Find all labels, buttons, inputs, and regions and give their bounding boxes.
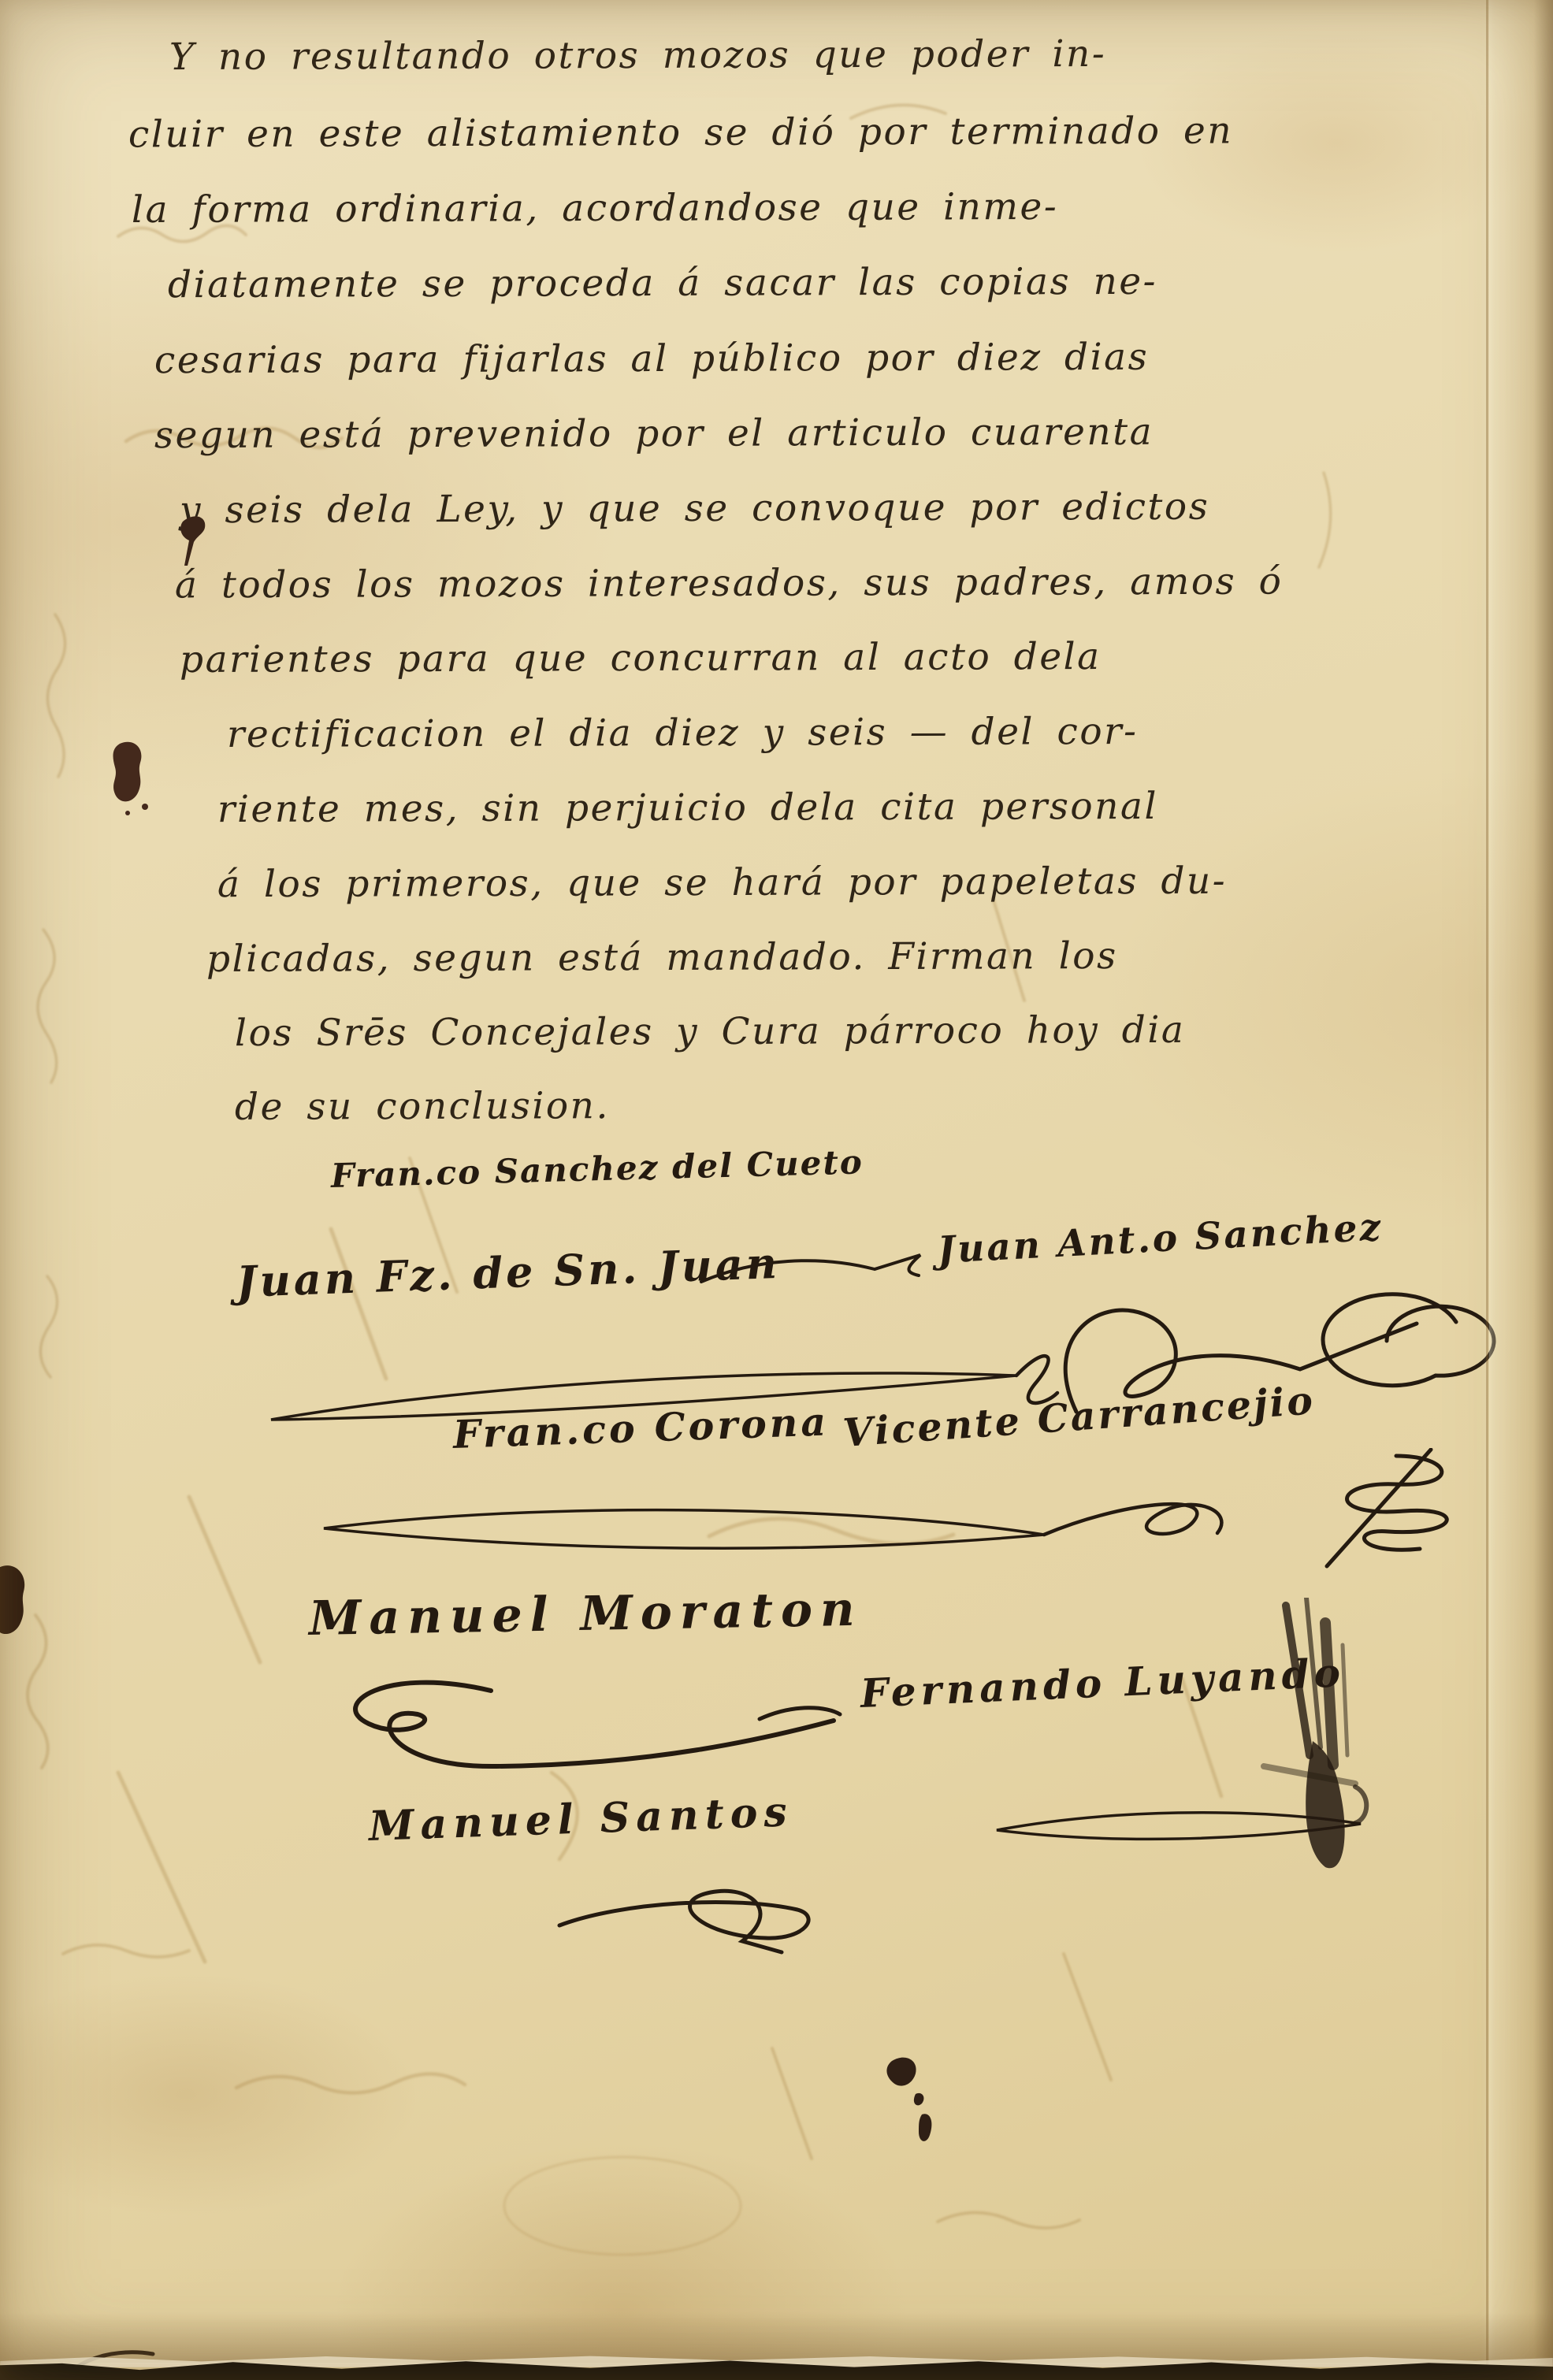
manuscript-line: los Srēs Concejales y Cura párroco hoy d… bbox=[235, 1008, 1186, 1057]
page-right-edge bbox=[1489, 0, 1553, 2380]
manuscript-line: cesarias para fijarlas al público por di… bbox=[154, 335, 1149, 384]
ink-blot bbox=[881, 2053, 944, 2160]
manuscript-line: de su conclusion. bbox=[235, 1083, 610, 1131]
ink-blot bbox=[175, 511, 211, 574]
manuscript-line: segun está prevenido por el articulo cua… bbox=[154, 410, 1154, 459]
signature-flourish bbox=[544, 1878, 835, 1965]
manuscript-line: riente mes, sin perjuicio dela cita pers… bbox=[217, 784, 1158, 834]
manuscript-line: y seis dela Ley, y que se convoque por e… bbox=[180, 485, 1210, 534]
manuscript-line: parientes para que concurran al acto del… bbox=[180, 634, 1102, 684]
signature-flourish bbox=[311, 1487, 1241, 1582]
signature-flourish bbox=[1276, 1448, 1489, 1570]
manuscript-line: rectificacion el dia diez y seis — del c… bbox=[227, 709, 1139, 759]
manuscript-line: plicadas, segun está mandado. Firman los bbox=[206, 934, 1118, 983]
page-bottom-shadow bbox=[0, 2312, 1553, 2363]
ink-blot bbox=[106, 737, 158, 816]
signature-crossing-stroke bbox=[693, 1241, 930, 1296]
ink-smudge bbox=[1237, 1598, 1403, 1913]
manuscript-line: la forma ordinaria, acordandose que inme… bbox=[132, 184, 1058, 234]
ink-blot bbox=[0, 1560, 35, 1642]
signature-manuel-moraton: Manuel Moraton bbox=[308, 1582, 863, 1647]
manuscript-line: á todos los mozos interesados, sus padre… bbox=[175, 559, 1284, 610]
signature-sanchez-del-cueto: Fran.co Sanchez del Cueto bbox=[330, 1142, 864, 1195]
signature-juan-antonio-sanchez: Juan Ant.o Sanchez bbox=[937, 1205, 1384, 1272]
page-crease bbox=[1486, 0, 1488, 2380]
manuscript-page: Y no resultando otros mozos que poder in… bbox=[0, 0, 1553, 2380]
manuscript-line: cluir en este alistamiento se dió por te… bbox=[128, 109, 1233, 159]
manuscript-line: diatamente se proceda á sacar las copias… bbox=[168, 259, 1157, 309]
manuscript-line: Y no resultando otros mozos que poder in… bbox=[169, 32, 1106, 81]
signature-flourish bbox=[321, 1672, 849, 1802]
manuscript-line: á los primeros, que se hará por papeleta… bbox=[217, 859, 1227, 908]
